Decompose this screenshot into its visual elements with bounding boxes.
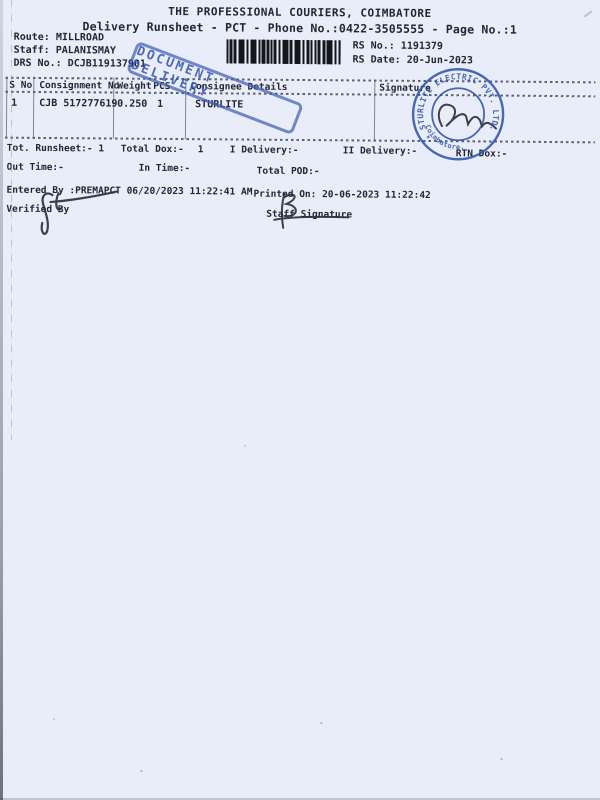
scan-speck [320,722,323,724]
col-header-weight: Weight [117,81,151,92]
total-runsheet-value: 1 [98,143,104,154]
scan-speck [140,770,143,772]
scan-speck [500,758,503,760]
document-sheet: THE PROFESSIONAL COURIERS, COIMBATORE De… [0,0,600,800]
scan-speck [53,718,55,720]
row-sno: 1 [11,98,17,109]
stamp-inner-ring [432,88,484,140]
row-consignment: CJB 517277619 [39,98,117,110]
col-header-sno: S No [9,80,32,91]
row-weight: 0.250 [117,99,147,110]
recipient-signature [439,105,496,129]
total-runsheet-label: Tot. Runsheet:- [7,143,93,155]
staff-value: PALANISMAY [56,45,116,56]
scanned-delivery-runsheet: { "page": { "title": "THE PROFESSIONAL C… [0,0,600,800]
scan-speck [244,445,246,447]
table-col-rule [6,77,7,138]
drs-line: DRS No.: DCJB119137901 [13,58,146,70]
total-pod-label: Total POD:- [257,166,320,177]
row-pcs: 1 [157,99,163,110]
rs-no-line: RS No.: 1191379 [353,40,443,52]
staff-line: Staff: PALANISMAY [14,45,116,57]
company-round-stamp: ✶ STURLITE ELECTRIC PVT. LTD. Coimbatore… [403,59,514,170]
drs-label: DRS No.: [13,58,61,69]
verified-by-signature [16,181,126,240]
rs-no-label: RS No.: [353,40,395,51]
scan-speck [63,32,65,35]
out-time-label: Out Time:- [7,162,64,173]
rs-date-label: RS Date: [352,54,400,65]
route-line: Route: MILLROAD [14,32,104,44]
rs-no-value: 1191379 [401,41,443,52]
scan-line-artifact [11,0,12,440]
table-col-rule [33,77,34,138]
total-runsheet: Tot. Runsheet:- 1 [7,143,104,155]
route-label: Route: [14,32,50,43]
col-header-consignment: Consignment No [39,80,119,92]
staff-label: Staff: [14,45,50,56]
barcode [226,39,340,64]
staff-signature-mark [270,190,355,233]
i-delivery-label: I Delivery:- [230,144,299,156]
total-dox-value: 1 [198,144,204,155]
table-col-rule [374,80,375,141]
in-time-label: In Time:- [139,163,191,174]
scan-edge-artifact [0,0,3,800]
total-dox-label: Total Dox:- [121,144,184,155]
